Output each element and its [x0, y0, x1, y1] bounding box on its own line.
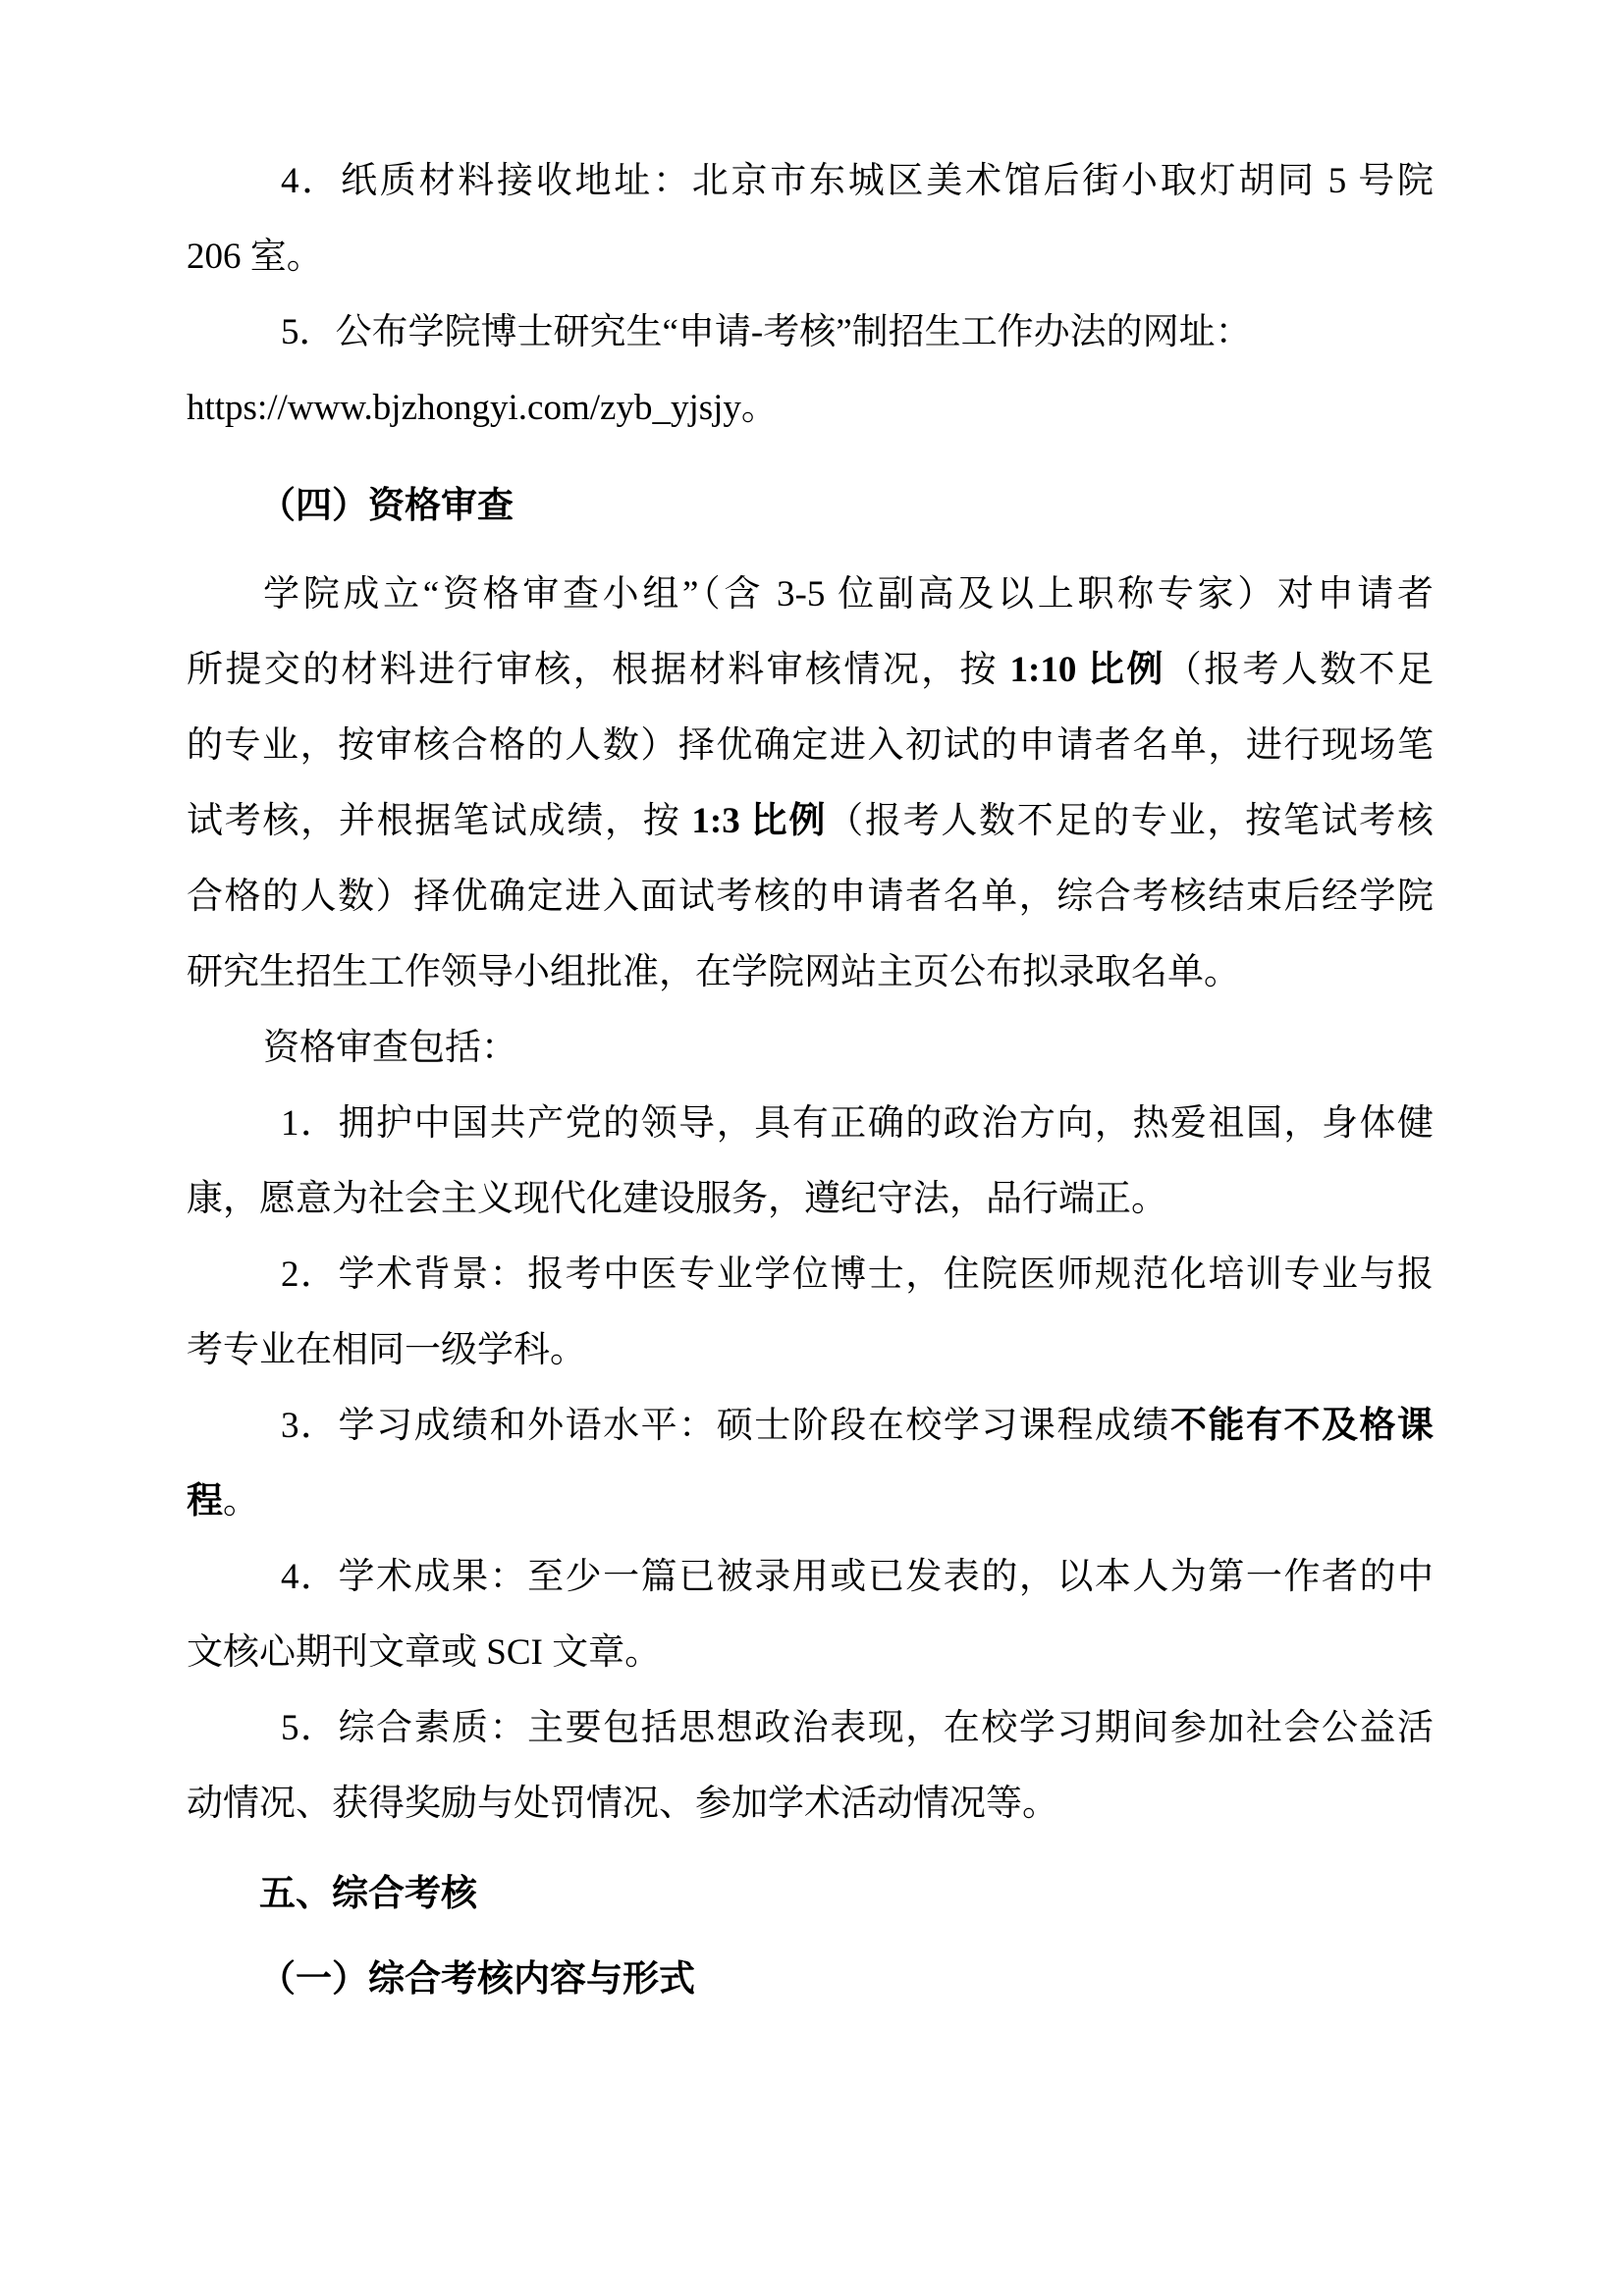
- bold-text-run: 不能有不及格课: [1170, 1406, 1434, 1446]
- line-req3-1: 3．学习成绩和外语水平：硕士阶段在校学习课程成绩不能有不及格课: [187, 1388, 1434, 1464]
- bold-text-run: （一）综合考核内容与形式: [259, 1958, 695, 1999]
- text-run: 康，愿意为社会主义现代化建设服务，遵纪守法，品行端正。: [187, 1179, 1167, 1219]
- text-run: 学院成立“资格审查小组”（含 3-5 位副高及以上职称专家）对申请者: [263, 574, 1434, 614]
- text-run: 4．学术成果：至少一篇已被录用或已发表的，以本人为第一作者的中: [281, 1557, 1434, 1597]
- bold-text-run: 1:10 比例: [1010, 650, 1165, 690]
- text-run: 考专业在相同一级学科。: [187, 1330, 586, 1370]
- line-review-para-3: 的专业，按审核合格的人数）择优确定进入初试的申请者名单，进行现场笔: [187, 708, 1434, 783]
- line-review-para-4: 试考核，并根据笔试成绩，按 1:3 比例（报考人数不足的专业，按笔试考核: [187, 783, 1434, 859]
- line-req5-1: 5．综合素质：主要包括思想政治表现，在校学习期间参加社会公益活: [187, 1690, 1434, 1766]
- line-website-url: https://www.bjzhongyi.com/zyb_yjsjy。: [187, 370, 1434, 446]
- line-review-para-2: 所提交的材料进行审核，根据材料审核情况，按 1:10 比例（报考人数不足: [187, 632, 1434, 708]
- line-req5-2: 动情况、获得奖励与处罚情况、参加学术活动情况等。: [187, 1766, 1434, 1842]
- text-run: 研究生招生工作领导小组批准，在学院网站主页公布拟录取名单。: [187, 952, 1240, 992]
- text-run: https://www.bjzhongyi.com/zyb_yjsjy。: [187, 388, 778, 428]
- heading-section-4-qualification-review: （四）资格审查: [187, 467, 1434, 543]
- line-item4-address-1: 4．纸质材料接收地址：北京市东城区美术馆后街小取灯胡同 5 号院: [187, 143, 1434, 219]
- bold-text-run: 五、综合考核: [259, 1873, 477, 1913]
- text-run: 5．公布学院博士研究生“申请-考核”制招生工作办法的网址：: [281, 312, 1252, 352]
- text-run: 动情况、获得奖励与处罚情况、参加学术活动情况等。: [187, 1784, 1058, 1824]
- line-req4-2: 文核心期刊文章或 SCI 文章。: [187, 1615, 1434, 1690]
- text-run: 所提交的材料进行审核，根据材料审核情况，按: [187, 650, 1010, 690]
- text-run: 2．学术背景：报考中医专业学位博士，住院医师规范化培训专业与报: [281, 1255, 1434, 1295]
- line-review-includes: 资格审查包括：: [187, 1010, 1434, 1086]
- bold-text-run: 1:3 比例: [691, 801, 827, 841]
- document-content: 4．纸质材料接收地址：北京市东城区美术馆后街小取灯胡同 5 号院206 室。5．…: [187, 143, 1434, 2016]
- line-req1-2: 康，愿意为社会主义现代化建设服务，遵纪守法，品行端正。: [187, 1161, 1434, 1237]
- text-run: 5．综合素质：主要包括思想政治表现，在校学习期间参加社会公益活: [281, 1708, 1434, 1748]
- line-item4-address-2: 206 室。: [187, 219, 1434, 294]
- line-review-para-6: 研究生招生工作领导小组批准，在学院网站主页公布拟录取名单。: [187, 934, 1434, 1010]
- document-page: 4．纸质材料接收地址：北京市东城区美术馆后街小取灯胡同 5 号院206 室。5．…: [0, 0, 1624, 2296]
- heading-section-5-1-content-and-form: （一）综合考核内容与形式: [187, 1941, 1434, 2016]
- text-run: 文核心期刊文章或 SCI 文章。: [187, 1632, 661, 1673]
- bold-text-run: （四）资格审查: [259, 485, 514, 525]
- text-run: 。: [223, 1481, 259, 1522]
- text-run: 合格的人数）择优确定进入面试考核的申请者名单，综合考核结束后经学院: [187, 877, 1434, 917]
- line-req2-2: 考专业在相同一级学科。: [187, 1312, 1434, 1388]
- line-review-para-5: 合格的人数）择优确定进入面试考核的申请者名单，综合考核结束后经学院: [187, 859, 1434, 934]
- line-review-para-1: 学院成立“资格审查小组”（含 3-5 位副高及以上职称专家）对申请者: [187, 557, 1434, 632]
- line-item5-website-1: 5．公布学院博士研究生“申请-考核”制招生工作办法的网址：: [187, 294, 1434, 370]
- heading-section-5-comprehensive-assessment: 五、综合考核: [187, 1855, 1434, 1931]
- text-run: 试考核，并根据笔试成绩，按: [187, 801, 691, 841]
- line-req4-1: 4．学术成果：至少一篇已被录用或已发表的，以本人为第一作者的中: [187, 1539, 1434, 1615]
- line-req2-1: 2．学术背景：报考中医专业学位博士，住院医师规范化培训专业与报: [187, 1237, 1434, 1312]
- line-req1-1: 1．拥护中国共产党的领导，具有正确的政治方向，热爱祖国，身体健: [187, 1086, 1434, 1161]
- bold-text-run: 程: [187, 1481, 223, 1522]
- text-run: 资格审查包括：: [263, 1028, 517, 1068]
- text-run: （报考人数不足的专业，按笔试考核: [827, 801, 1434, 841]
- text-run: （报考人数不足: [1165, 650, 1434, 690]
- text-run: 1．拥护中国共产党的领导，具有正确的政治方向，热爱祖国，身体健: [281, 1103, 1434, 1144]
- text-run: 的专业，按审核合格的人数）择优确定进入初试的申请者名单，进行现场笔: [187, 725, 1434, 766]
- line-req3-2: 程。: [187, 1464, 1434, 1539]
- text-run: 206 室。: [187, 237, 323, 277]
- text-run: 4．纸质材料接收地址：北京市东城区美术馆后街小取灯胡同 5 号院: [281, 161, 1434, 201]
- text-run: 3．学习成绩和外语水平：硕士阶段在校学习课程成绩: [281, 1406, 1170, 1446]
